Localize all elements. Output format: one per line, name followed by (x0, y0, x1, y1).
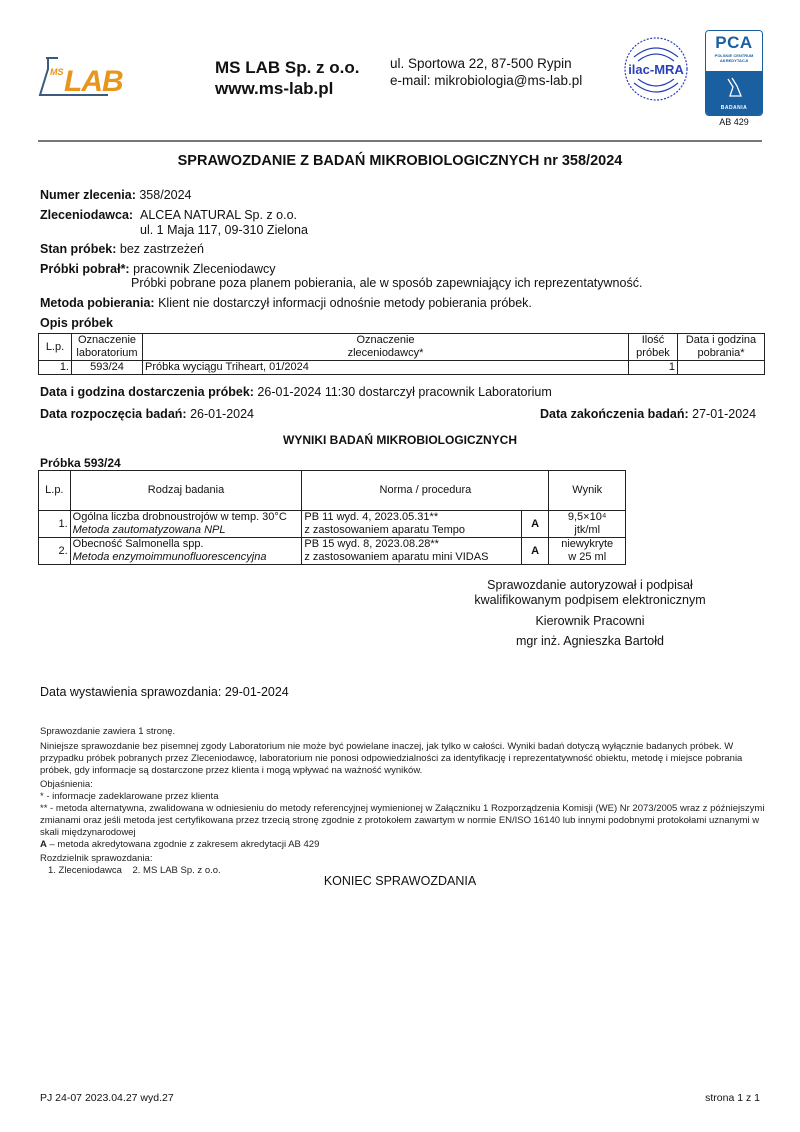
test-method: Metoda zautomatyzowana NPL (73, 524, 300, 537)
delivery-row: Data i godzina dostarczenia próbek: 26-0… (40, 385, 552, 400)
explanations-label: Objaśnienia: (40, 779, 765, 791)
issue-date: Data wystawienia sprawozdania: 29-01-202… (40, 685, 289, 699)
procedure: PB 15 wyd. 8, 2023.08.28** (304, 538, 518, 551)
test-method: Metoda enzymoimmunofluorescencyjna (73, 551, 300, 564)
samples-table: L.p. Oznaczenielaboratorium Oznaczeniezl… (38, 333, 765, 375)
start-date-row: Data rozpoczęcia badań: 26-01-2024 (40, 407, 254, 422)
document-code: PJ 24-07 2023.04.27 wyd.27 (40, 1092, 174, 1104)
report-title: SPRAWOZDANIE Z BADAŃ MIKROBIOLOGICZNYCH … (0, 153, 800, 169)
end-date-row: Data zakończenia badań: 27-01-2024 (540, 407, 756, 422)
company-block: MS LAB Sp. z o.o. www.ms-lab.pl (215, 57, 360, 99)
disclaimer: Niniejsze sprawozdanie bez pisemnej zgod… (40, 741, 765, 777)
result-value: niewykryte (551, 538, 623, 551)
delivery-value: 26-01-2024 11:30 dostarczył pracownik La… (257, 385, 551, 399)
client-details: ALCEA NATURAL Sp. z o.o. ul. 1 Maja 117,… (140, 208, 308, 238)
sampler: pracownik Zleceniodawcy (133, 262, 275, 276)
svg-text:ilac-MRA: ilac-MRA (628, 62, 684, 77)
test-name: Obecność Salmonella spp. (73, 538, 300, 551)
distribution-label: Rozdzielnik sprawozdania: (40, 853, 765, 865)
notes-section: Sprawozdanie zawiera 1 stronę. Niniejsze… (40, 726, 765, 877)
result-unit: w 25 ml (551, 551, 623, 564)
client-name: ALCEA NATURAL Sp. z o.o. (140, 208, 308, 223)
start-date: 26-01-2024 (190, 407, 254, 421)
table-header-row: L.p. Oznaczenielaboratorium Oznaczeniezl… (39, 334, 765, 361)
client-address: ul. 1 Maja 117, 09-310 Zielona (140, 223, 308, 238)
company-address: ul. Sportowa 22, 87-500 Rypin (390, 55, 582, 72)
sampling-method: Klient nie dostarczył informacji odnośni… (158, 296, 532, 310)
results-table: L.p. Rodzaj badania Norma / procedura Wy… (38, 470, 626, 565)
address-block: ul. Sportowa 22, 87-500 Rypin e-mail: mi… (390, 55, 582, 89)
flask-icon (724, 77, 744, 99)
company-email: e-mail: mikrobiologia@ms-lab.pl (390, 72, 582, 89)
end-of-report: KONIEC SPRAWOZDANIA (0, 874, 800, 888)
signer-name: mgr inż. Agnieszka Bartołd (440, 634, 740, 649)
footnote-double-star: ** - metoda alternatywna, zwalidowana w … (40, 803, 765, 839)
table-row: 1. Ogólna liczba drobnoustrojów w temp. … (39, 511, 626, 538)
company-website: www.ms-lab.pl (215, 78, 360, 99)
accredited-mark: A (521, 538, 549, 565)
procedure: PB 11 wyd. 4, 2023.05.31** (304, 511, 518, 524)
result-value: 9,5×10⁴ (551, 511, 623, 524)
sample-label: Próbka 593/24 (40, 456, 121, 470)
page-count-note: Sprawozdanie zawiera 1 stronę. (40, 726, 765, 738)
table-header-row: L.p. Rodzaj badania Norma / procedura Wy… (39, 471, 626, 511)
pca-title: PCA (706, 31, 762, 53)
logo-lab-text: LAB (64, 65, 123, 99)
test-name: Ogólna liczba drobnoustrojów w temp. 30°… (73, 511, 300, 524)
ilac-mra-logo: ilac-MRA (622, 35, 690, 103)
sampler-row: Próbki pobrał*: pracownik Zleceniodawcy (40, 262, 276, 277)
order-number-row: Numer zlecenia: 358/2024 (40, 188, 192, 203)
header-divider (38, 140, 762, 142)
pca-accreditation-badge: PCA POLSKIE CENTRUM AKREDYTACJI BADANIA (705, 30, 763, 116)
company-name: MS LAB Sp. z o.o. (215, 57, 360, 78)
footnote-accredited: A – metoda akredytowana zgodnie z zakres… (40, 839, 765, 851)
table-row: 2. Obecność Salmonella spp. Metoda enzym… (39, 538, 626, 565)
results-heading: WYNIKI BADAŃ MIKROBIOLOGICZNYCH (0, 433, 800, 447)
sample-state: bez zastrzeżeń (120, 242, 204, 256)
end-date: 27-01-2024 (692, 407, 756, 421)
accredited-mark: A (521, 511, 549, 538)
ms-lab-logo: MS LAB (38, 55, 124, 101)
table-row: 1. 593/24 Próbka wyciągu Triheart, 01/20… (39, 361, 765, 375)
footnote-star: * - informacje zadeklarowane przez klien… (40, 791, 765, 803)
procedure-note: z zastosowaniem aparatu Tempo (304, 524, 518, 537)
accreditation-number: AB 429 (705, 117, 763, 127)
logo-ms-text: MS (50, 67, 64, 77)
signature-statement: Sprawozdanie autoryzował i podpisał kwal… (440, 578, 740, 608)
page-number: strona 1 z 1 (705, 1092, 760, 1104)
sample-state-row: Stan próbek: bez zastrzeżeń (40, 242, 204, 257)
signer-role: Kierownik Pracowni (440, 614, 740, 629)
result-unit: jtk/ml (551, 524, 623, 537)
procedure-note: z zastosowaniem aparatu mini VIDAS (304, 551, 518, 564)
order-number: 358/2024 (139, 188, 191, 202)
sampler-note: Próbki pobrane poza planem pobierania, a… (131, 276, 642, 291)
client-row: Zleceniodawca: (40, 208, 133, 223)
sampling-method-row: Metoda pobierania: Klient nie dostarczył… (40, 296, 532, 311)
samples-heading: Opis próbek (40, 316, 113, 330)
